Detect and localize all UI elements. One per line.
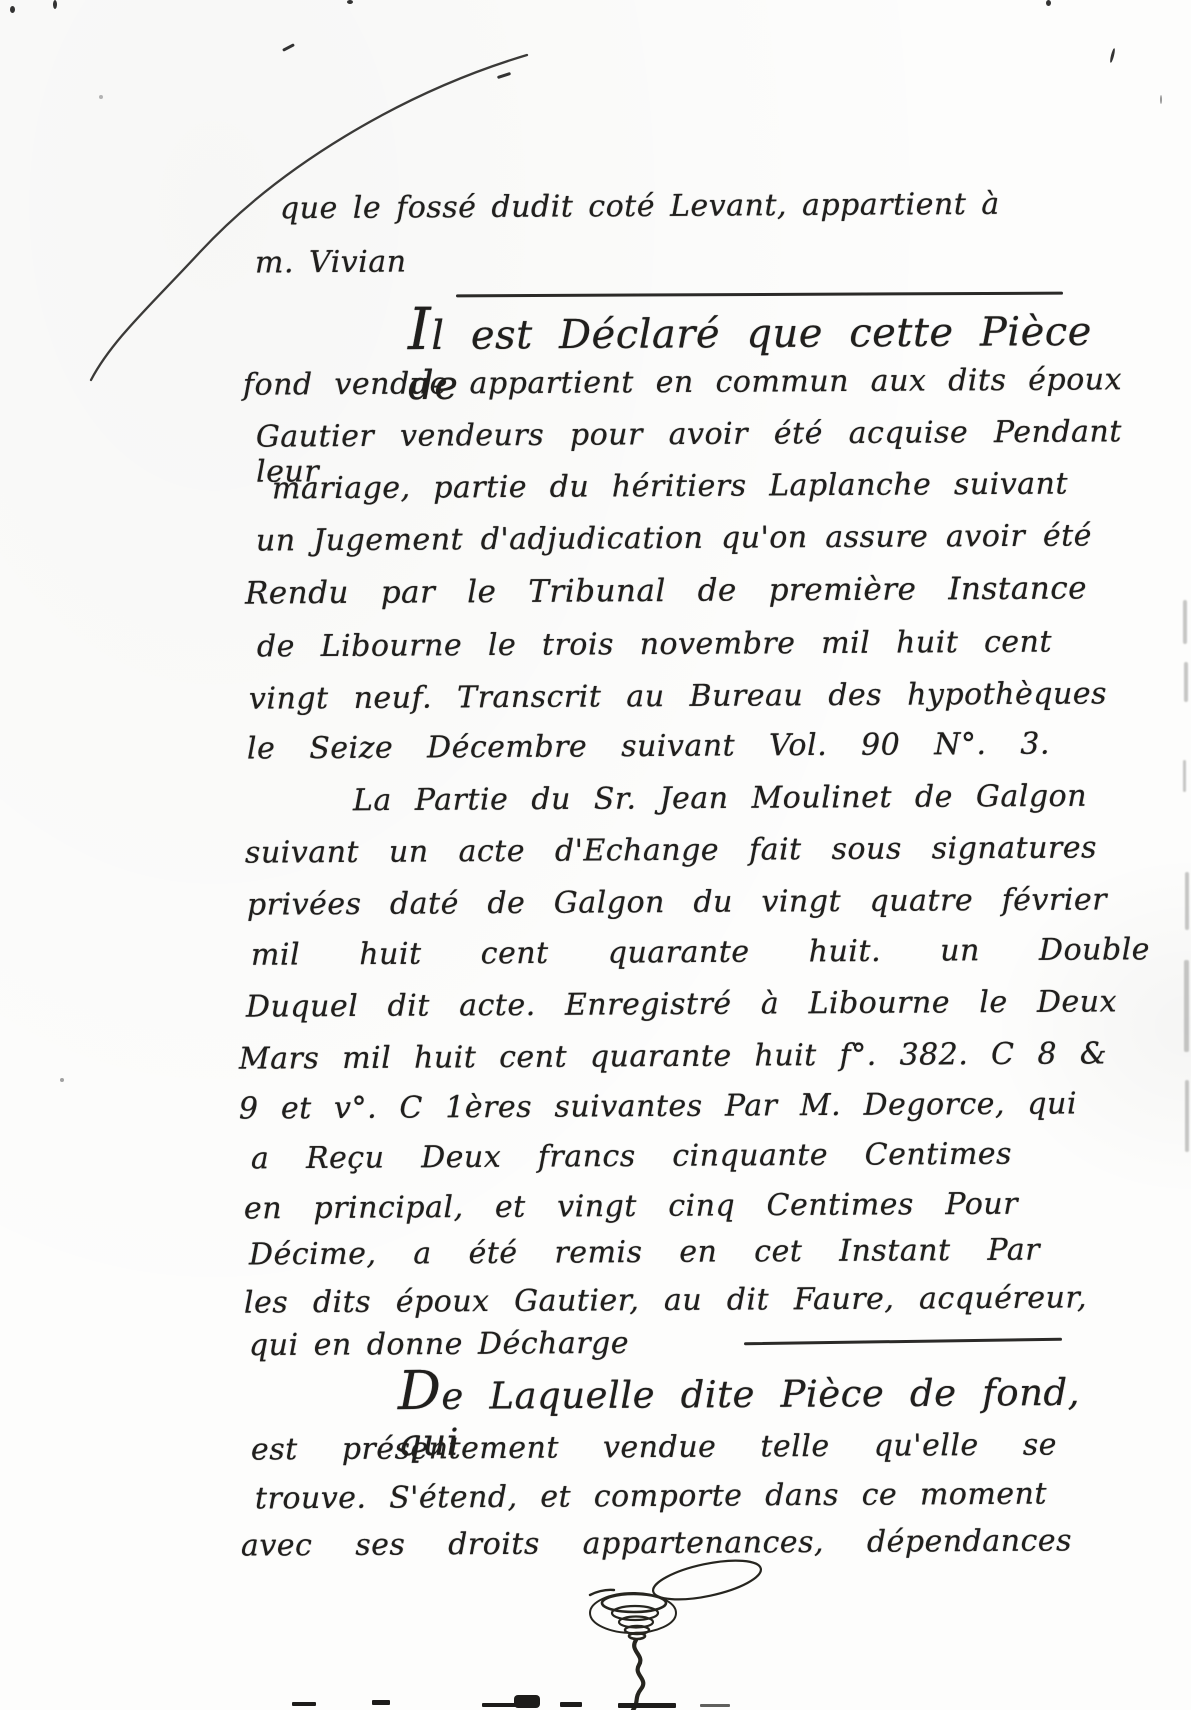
manuscript-line-1: que le fossé dudit coté Levant, appartie… <box>280 188 1000 227</box>
manuscript-line-19: a Reçu Deux francs cinquante Centimes <box>251 1138 1012 1177</box>
scan-speck <box>10 6 15 13</box>
scan-speck <box>1046 0 1051 6</box>
line-text: mariage, partie du héritiers Laplanche s… <box>272 467 1068 507</box>
line-text: La Partie du Sr. Jean Moulinet de Galgon <box>353 779 1087 818</box>
line-text: fond vendue appartient en commun aux dit… <box>243 362 1122 402</box>
line-text: vingt neuf. Transcrit au Bureau des hypo… <box>249 676 1107 716</box>
manuscript-line-8: Rendu par le Tribunal de première Instan… <box>245 571 1087 612</box>
edge-bleedthrough <box>1184 662 1188 702</box>
line-text: les dits époux Gautier, au dit Faure, ac… <box>244 1280 1087 1320</box>
line-text: suivant un acte d'Echange fait sous sign… <box>245 830 1097 870</box>
manuscript-line-2: m. Vivian <box>255 246 407 281</box>
line-text: 9 et v°. C 1ères suivantes Par M. Degorc… <box>239 1086 1077 1126</box>
scan-speck <box>282 43 295 52</box>
line-text: le Seize Décembre suivant Vol. 90 N°. 3. <box>247 727 1050 767</box>
edge-bleedthrough <box>1184 960 1189 1052</box>
line-text: privées daté de Galgon du vingt quatre f… <box>247 882 1107 922</box>
scanned-document-page: que le fossé dudit coté Levant, appartie… <box>0 0 1191 1710</box>
manuscript-line-13: suivant un acte d'Echange fait sous sign… <box>245 831 1097 871</box>
filler-rule-2 <box>744 1338 1062 1345</box>
scan-speck <box>1160 95 1162 104</box>
manuscript-line-25: est présentement vendue telle qu'elle se <box>251 1429 1057 1468</box>
line-text: mil huit cent quarante huit. un Double <box>251 932 1150 972</box>
edge-bleedthrough <box>1185 872 1189 930</box>
line-text: trouve. S'étend, et comporte dans ce mom… <box>255 1477 1047 1517</box>
manuscript-line-27: avec ses droits appartenances, dépendanc… <box>241 1524 1072 1564</box>
line-text: qui en donne Décharge <box>249 1326 629 1363</box>
manuscript-line-21: Décime, a été remis en cet Instant Par <box>249 1234 1040 1273</box>
line-text: a Reçu Deux francs cinquante Centimes <box>251 1137 1012 1177</box>
manuscript-line-11: le Seize Décembre suivant Vol. 90 N°. 3. <box>247 728 1050 767</box>
edge-bleedthrough <box>1185 1080 1189 1152</box>
line-text: Rendu par le Tribunal de première Instan… <box>245 570 1087 611</box>
edge-bleedthrough <box>1183 600 1187 644</box>
line-text: Duquel dit acte. Enregistré à Libourne l… <box>246 984 1117 1024</box>
line-text: en principal, et vingt cinq Centimes Pou… <box>244 1187 1018 1227</box>
cutoff-text-fragment <box>700 1704 730 1707</box>
cutoff-text-fragment <box>292 1702 316 1706</box>
manuscript-line-14: privées daté de Galgon du vingt quatre f… <box>247 883 1107 923</box>
scan-speck <box>1109 48 1116 63</box>
manuscript-line-10: vingt neuf. Transcrit au Bureau des hypo… <box>249 677 1107 717</box>
line-text: m. Vivian <box>255 245 407 281</box>
line-text: est présentement vendue telle qu'elle se <box>251 1428 1057 1468</box>
line-text: Décime, a été remis en cet Instant Par <box>249 1233 1040 1273</box>
manuscript-line-22: les dits époux Gautier, au dit Faure, ac… <box>244 1281 1087 1321</box>
manuscript-line-16: Duquel dit acte. Enregistré à Libourne l… <box>246 985 1117 1025</box>
manuscript-line-12: La Partie du Sr. Jean Moulinet de Galgon <box>353 780 1087 819</box>
manuscript-line-20: en principal, et vingt cinq Centimes Pou… <box>244 1188 1018 1227</box>
manuscript-line-26: trouve. S'étend, et comporte dans ce mom… <box>255 1478 1047 1517</box>
manuscript-line-18: 9 et v°. C 1ères suivantes Par M. Degorc… <box>239 1087 1077 1127</box>
cutoff-text-fragment <box>372 1700 390 1705</box>
manuscript-line-6: mariage, partie du héritiers Laplanche s… <box>272 468 1068 507</box>
line-text: avec ses droits appartenances, dépendanc… <box>241 1523 1072 1563</box>
manuscript-line-15: mil huit cent quarante huit. un Double <box>251 933 1150 973</box>
scan-speck <box>60 1078 64 1082</box>
manuscript-line-7: un Jugement d'adjudication qu'on assure … <box>256 519 1092 559</box>
line-text: que le fossé dudit coté Levant, appartie… <box>280 187 1000 226</box>
edge-bleedthrough <box>1183 760 1186 792</box>
line-text: de Libourne le trois novembre mil huit c… <box>257 625 1052 665</box>
cutoff-text-fragment <box>618 1703 676 1708</box>
scan-speck <box>53 0 57 9</box>
scan-speck <box>497 72 511 79</box>
manuscript-line-4: fond vendue appartient en commun aux dit… <box>243 363 1122 403</box>
scan-speck <box>99 95 103 99</box>
manuscript-line-9: de Libourne le trois novembre mil huit c… <box>257 626 1052 665</box>
line-text: Mars mil huit cent quarante huit f°. 382… <box>239 1036 1107 1076</box>
manuscript-line-17: Mars mil huit cent quarante huit f°. 382… <box>239 1037 1107 1077</box>
line-text: un Jugement d'adjudication qu'on assure … <box>256 518 1092 558</box>
cutoff-text-fragment <box>514 1695 540 1708</box>
scan-speck <box>347 0 353 4</box>
cutoff-text-fragment <box>560 1702 582 1707</box>
